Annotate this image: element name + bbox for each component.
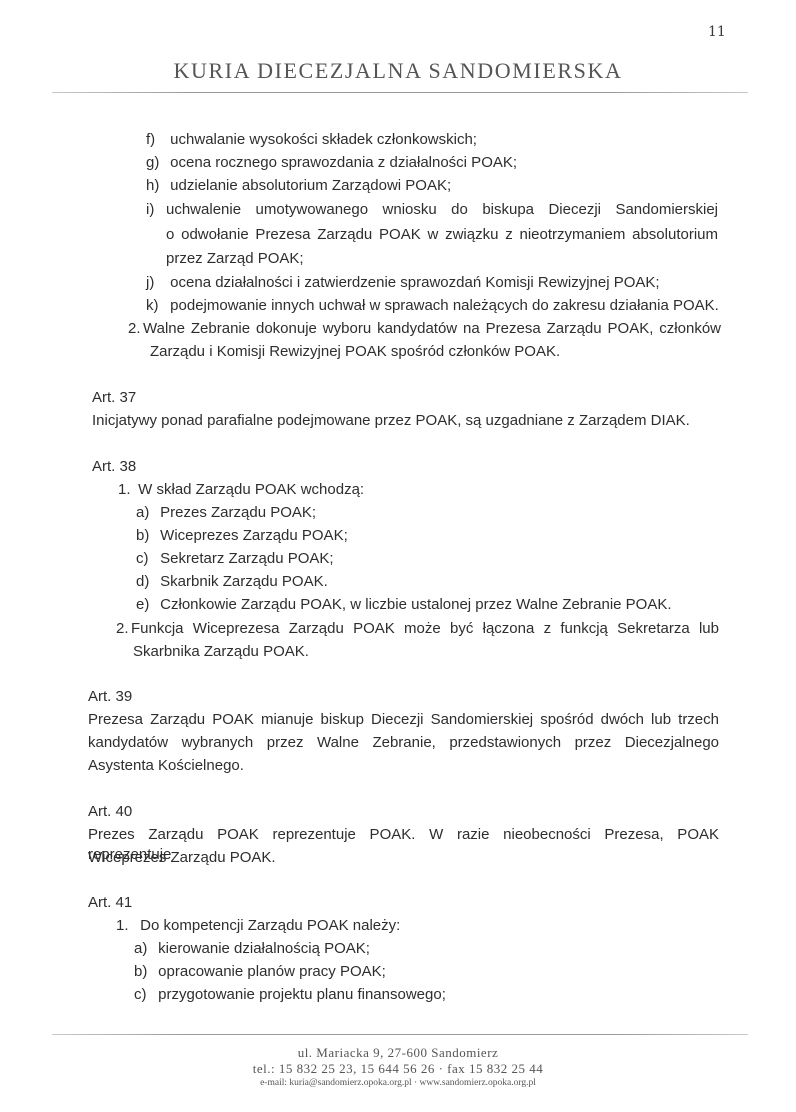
list-item: a) kierowanie działalnością POAK; [134,939,370,959]
article-text-line: Wiceprezes Zarządu POAK. [88,848,276,868]
article-text-line: Prezesa Zarządu POAK mianuje biskup Diec… [88,710,719,730]
numbered-point: 2. [128,319,144,339]
numbered-point-line: Walne Zebranie dokonuje wyboru kandydató… [143,319,721,339]
footer-phones: tel.: 15 832 25 23, 15 644 56 26 · fax 1… [0,1061,796,1077]
list-item: j) ocena działalności i zatwierdzenie sp… [146,273,660,293]
article-heading: Art. 39 [88,687,132,707]
article-heading: Art. 41 [88,893,132,913]
footer-address: ul. Mariacka 9, 27-600 Sandomierz [0,1045,796,1061]
list-item: k) podejmowanie innych uchwał w sprawach… [146,296,719,316]
footer-contact: e-mail: kuria@sandomierz.opoka.org.pl · … [0,1078,796,1088]
list-item: f) uchwalanie wysokości składek członkow… [146,130,477,150]
list-item: g) ocena rocznego sprawozdania z działal… [146,153,517,173]
numbered-point-line: Zarządu i Komisji Rewizyjnej POAK spośró… [150,342,560,362]
header-divider [52,92,748,93]
list-item-line: przez Zarząd POAK; [166,249,304,269]
list-item: b) Wiceprezes Zarządu POAK; [136,526,348,546]
footer-divider [52,1034,748,1035]
article-heading: Art. 38 [92,457,136,477]
article-text-line: Asystenta Kościelnego. [88,756,244,776]
list-item: a) Prezes Zarządu POAK; [136,503,316,523]
list-item: c) przygotowanie projektu planu finansow… [134,985,446,1005]
list-item: d) Skarbnik Zarządu POAK. [136,572,328,592]
list-item: i) [146,200,166,220]
article-heading: Art. 40 [88,802,132,822]
numbered-point-line: Funkcja Wiceprezesa Zarządu POAK może by… [131,619,719,639]
letterhead-title: KURIA DIECEZJALNA SANDOMIERSKA [0,58,796,84]
list-item-line: uchwalenie umotywowanego wniosku do bisk… [166,200,718,220]
numbered-point-line: Skarbnika Zarządu POAK. [133,642,309,662]
article-heading: Art. 37 [92,388,136,408]
page-number: 11 [708,24,726,40]
numbered-point: 1. Do kompetencji Zarządu POAK należy: [116,916,400,936]
list-item: c) Sekretarz Zarządu POAK; [136,549,334,569]
list-item: h) udzielanie absolutorium Zarządowi POA… [146,176,451,196]
numbered-point: 2. [116,619,132,639]
numbered-point: 1. W skład Zarządu POAK wchodzą: [118,480,364,500]
list-item: e) Członkowie Zarządu POAK, w liczbie us… [136,595,672,615]
list-item: b) opracowanie planów pracy POAK; [134,962,386,982]
article-text-line: kandydatów wybranych przez Walne Zebrani… [88,733,719,753]
list-item-line: o odwołanie Prezesa Zarządu POAK w związ… [166,225,718,245]
article-text: Inicjatywy ponad parafialne podejmowane … [92,411,690,431]
